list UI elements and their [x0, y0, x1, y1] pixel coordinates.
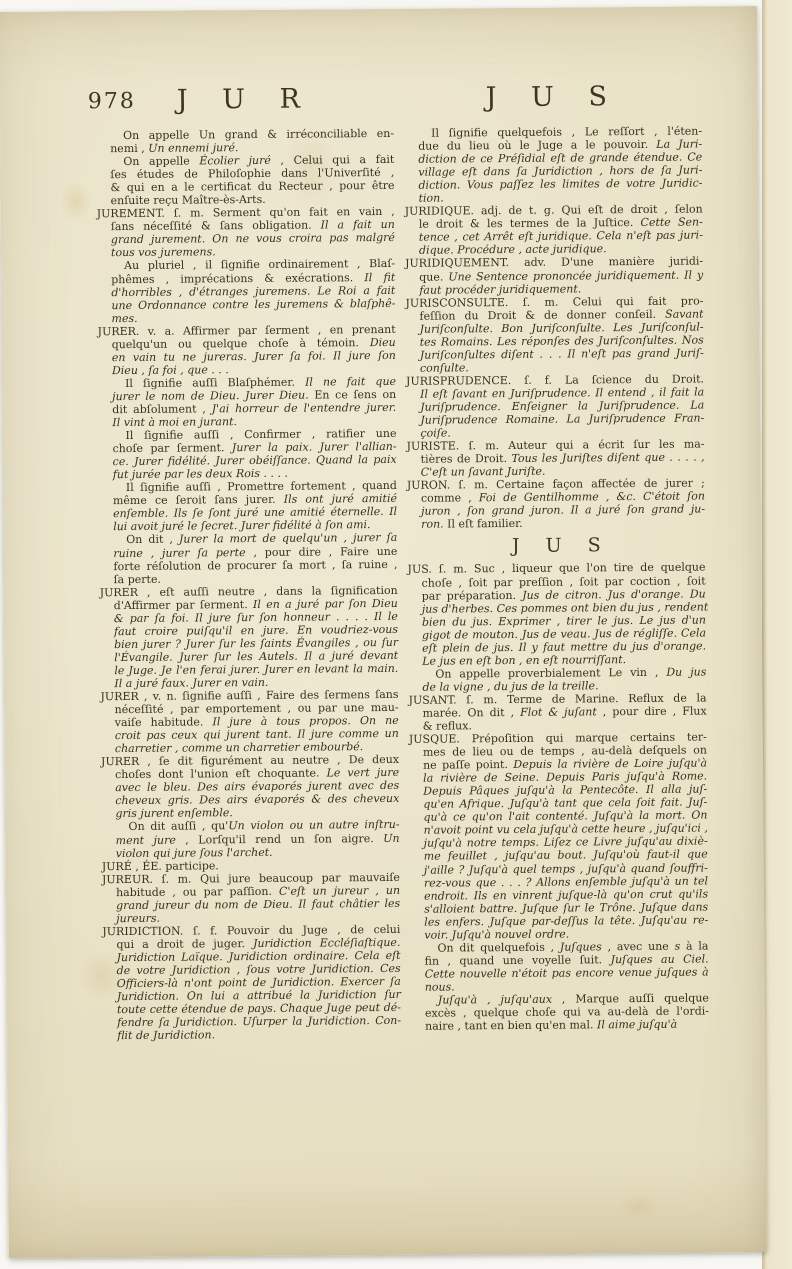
italic-text: violon qui jure ſous l'archet. — [116, 845, 273, 859]
italic-text: flit de Juridiction. — [117, 1029, 215, 1043]
roman-text: On appelle — [123, 155, 199, 169]
italic-text: Cette nouvelle n'étoit pas encore venue … — [425, 965, 709, 980]
paper-stain — [608, 1187, 668, 1227]
roman-text: JURÉ , ÉE. participe. — [102, 859, 219, 873]
dictionary-line: diction. Vous paſſez les limites de votr… — [404, 177, 702, 192]
text-columns: On appelle Un grand & irréconciliable en… — [96, 124, 709, 1042]
italic-text: grand jureur du nom de Dieu. Il faut châ… — [116, 897, 400, 912]
italic-text: jureurs. — [116, 912, 160, 925]
italic-text: Il en a juré par ſon Dieu — [253, 597, 398, 611]
italic-text: tence , cet Arrêt eſt juridique. Cela n'… — [419, 229, 703, 244]
dictionary-line: le Juge. Je l'en ferai jurer. Jurer en l… — [100, 662, 398, 677]
italic-text: Une Sentence prononcée juridiquement. Il… — [448, 268, 703, 283]
roman-text: & reflux. — [423, 719, 472, 732]
italic-text: çoiſe. — [420, 427, 450, 440]
italic-text: Savant — [665, 307, 703, 320]
roman-text: & qui en a le certificat du Recteur , po… — [110, 179, 394, 194]
running-head-jur: J U R — [177, 84, 313, 116]
roman-text: ſa perte. — [114, 572, 161, 585]
italic-text: Écolier juré — [199, 154, 271, 168]
roman-text: On dit quelquefois , — [437, 940, 560, 954]
section-heading-jus: J U S — [407, 529, 705, 563]
roman-text: que. — [419, 270, 448, 283]
roman-text: par préparation. — [422, 588, 523, 602]
italic-text: Juriſconſultes diſent . . . Il n'eſt pas… — [420, 346, 704, 361]
dictionary-line: & qui en a le certificat du Recteur , po… — [96, 179, 394, 194]
italic-text: Il vint à moi en jurant. — [112, 415, 237, 429]
dictionary-line: cheveux gris. Des airs évaporés & des ch… — [101, 792, 399, 807]
italic-text: Un — [383, 831, 399, 844]
italic-text: Il ne fait que — [305, 375, 396, 389]
roman-text: à la — [680, 939, 708, 952]
page-content: 978 J U R J U S On appelle Un grand & ir… — [96, 80, 709, 1042]
dictionary-line: naire , tant en bien qu'en mal. Il aime … — [411, 1018, 709, 1033]
italic-text: Flot & juſant — [520, 705, 597, 719]
italic-text: conſulte. — [420, 361, 469, 374]
roman-text: , Celui qui a fait — [271, 153, 395, 167]
italic-text: Un violon ou un autre inſtru- — [228, 818, 399, 832]
italic-text: nous. — [425, 980, 455, 993]
italic-text: eſt plein de jus. Il y faut mettre du ju… — [422, 639, 706, 654]
roman-text: On appelle proverbialement Le vin , — [435, 666, 666, 681]
dictionary-line: en vain tu ne jureras. Jurer ſa foi. Il … — [98, 349, 396, 364]
italic-text: La Juri- — [656, 138, 702, 151]
dictionary-line: fendre ſa Juridiction. Uſurper la Juridi… — [103, 1014, 401, 1029]
italic-text: voir. Juſqu'à nouvel ordre. — [424, 927, 569, 941]
dictionary-line: ment jure , Lorſqu'il rend un ſon aigre.… — [102, 831, 400, 846]
italic-text: le Juge. Je l'en ferai jurer. Jurer en l… — [114, 662, 398, 677]
italic-text: Dieu , ſa foi , que . . . — [112, 363, 229, 377]
roman-text: Il ſignifie auſſi Blaſphémer. — [125, 375, 305, 389]
italic-text: ce. Jurer fidélité. Jurer obéiſſance. Qu… — [113, 453, 397, 468]
italic-text: Juſques au Ciel. — [611, 952, 709, 966]
dictionary-line: forte réſolution de procurer ſa mort , ſ… — [99, 557, 397, 572]
roman-text: habitude , ou par paſſion. — [116, 885, 279, 899]
italic-text: Il fit — [364, 270, 395, 283]
dictionary-line: que. Une Sentence prononcée juridiquemen… — [405, 268, 703, 283]
dictionary-line: On appelle Un grand & irréconciliable en… — [96, 127, 394, 142]
italic-text: une Ordonnance contre les juremens & bla… — [111, 297, 395, 312]
roman-text: Il eſt familier. — [447, 517, 523, 531]
dictionary-line: les enfers. Juſque par-deſſus la tête. J… — [410, 913, 708, 928]
italic-text: grand jurement. On ne vous croira pas ma… — [111, 231, 395, 246]
italic-text: gris jurent enſemble. — [115, 807, 233, 821]
italic-text: Dieu — [370, 336, 396, 349]
italic-text: Il aime juſqu'à — [597, 1018, 677, 1032]
italic-text: diction. Vous paſſez les limites de votr… — [418, 177, 702, 192]
page-sheet: 978 J U R J U S On appelle Un grand & ir… — [0, 6, 767, 1258]
dictionary-line: une Ordonnance contre les juremens & bla… — [97, 297, 395, 312]
dictionary-line: tence , cet Arrêt eſt juridique. Cela n'… — [405, 229, 703, 244]
roman-text: , pour dire , Flux — [597, 704, 707, 718]
italic-text: ron. — [421, 518, 447, 531]
roman-text: choſe par ſerment. — [113, 441, 232, 455]
italic-text: Il a juré faux. Jurer en vain. — [114, 676, 268, 690]
italic-text: Tous les Juriſtes diſent que . . . . , — [511, 451, 704, 466]
running-head-right-cell: J U S — [404, 80, 702, 113]
running-head-left-cell: 978 J U R — [96, 83, 394, 116]
roman-text: qui a droit de juger. — [116, 937, 253, 951]
running-head-jus: J U S — [486, 81, 620, 113]
roman-text: ne paſſe point. — [423, 758, 513, 772]
roman-text: , Lorſqu'il rend un ſon aigre. — [185, 832, 383, 847]
italic-text: les enfers. Juſque par-deſſus la tête. J… — [424, 913, 708, 928]
roman-text: nemi , — [110, 142, 148, 155]
italic-text: J'ai horreur de l'entendre jurer. — [212, 401, 397, 415]
right-column: Il ſignifie quelquefois , Le reſſort , l… — [404, 124, 709, 1040]
dictionary-line: grand jurement. On ne vous croira pas ma… — [97, 231, 395, 246]
roman-text: , avec une — [602, 940, 675, 954]
dictionary-line: On appelle proverbialement Le vin , Du j… — [408, 665, 706, 680]
dictionary-line: marée. On dit , Flot & juſant , pour dir… — [409, 704, 707, 719]
italic-text: ment jure — [116, 833, 186, 847]
italic-text: tous vos juremens. — [111, 246, 216, 260]
roman-text: En ce ſens on — [314, 388, 396, 402]
italic-text: Juridiction Eccléſiaſtique. — [253, 936, 400, 950]
dictionary-line: flit de Juridiction. — [103, 1027, 401, 1042]
italic-text: mes. — [111, 312, 137, 325]
italic-text: cheveux gris. Des airs évaporés & des ch… — [115, 792, 399, 807]
roman-text: forte réſolution de procurer ſa mort , ſ… — [113, 557, 397, 572]
roman-text: dit abſolument , — [112, 402, 212, 416]
dictionary-line: juron , ſon grand juron. Il a juré ſon g… — [407, 503, 705, 518]
roman-text: vaiſe habitude. — [115, 715, 213, 729]
running-heads: 978 J U R J U S — [96, 80, 702, 116]
dictionary-line: eſt plein de jus. Il y faut mettre du ju… — [408, 639, 706, 654]
italic-text: Du jus — [666, 665, 706, 678]
roman-text: , pour dire , Faire une — [253, 544, 397, 558]
roman-text: d'Affirmer par ſerment. — [114, 598, 253, 612]
roman-text: naire , tant en bien qu'en mal. — [425, 1018, 597, 1032]
dictionary-line: Juriſprudence Romaine. La Juriſprudence … — [406, 412, 704, 427]
italic-text: en vain tu ne jureras. Jurer ſa foi. Il … — [112, 349, 396, 364]
italic-text: Il a fait un — [321, 218, 395, 232]
italic-text: Cette Sen- — [640, 216, 702, 229]
italic-text: C'eſt un jureur , un — [279, 884, 400, 898]
roman-text: On appelle Un grand & irréconciliable en… — [123, 127, 394, 142]
dictionary-line: Cette nouvelle n'étoit pas encore venue … — [411, 965, 709, 980]
roman-text: On dit auſſi , qu' — [128, 820, 228, 834]
dictionary-line: ce. Jurer fidélité. Jurer obéiſſance. Qu… — [99, 453, 397, 468]
italic-text: tion. — [419, 192, 444, 205]
dictionary-line: grand jureur du nom de Dieu. Il faut châ… — [102, 897, 400, 912]
roman-text: enſuite reçu Maître-ès-Arts. — [111, 193, 266, 207]
roman-text: marée. On dit , — [423, 706, 521, 720]
dictionary-line: dit abſolument , J'ai horreur de l'enten… — [98, 401, 396, 416]
italic-text: Le vert jure — [326, 766, 399, 780]
left-column: On appelle Un grand & irréconciliable en… — [96, 127, 401, 1043]
adjacent-page-edge — [762, 0, 792, 1269]
italic-text: juron , ſon grand juron. Il a juré ſon g… — [421, 503, 705, 518]
italic-text: de la vigne , du jus de la treille. — [422, 679, 598, 693]
italic-text: Un ennemi juré. — [148, 141, 238, 155]
roman-text: On dit , — [126, 533, 179, 546]
italic-text: ruine , jurer ſa perte — [113, 546, 253, 560]
roman-text: tières de Droit. — [421, 452, 512, 466]
roman-text: même ce ſeroit ſans jurer. — [113, 493, 284, 507]
italic-text: fendre ſa Juridiction. Uſurper la Juridi… — [117, 1014, 401, 1029]
italic-text: Juſqu'à , juſqu'aux — [438, 993, 552, 1007]
italic-text: faut procéder juridiquement. — [419, 282, 581, 296]
italic-text: Juriſprudence Romaine. La Juriſprudence … — [420, 412, 704, 427]
paper-stain — [52, 171, 98, 231]
roman-text: comme , — [421, 492, 479, 505]
italic-text: Ils ont juré amitié — [284, 492, 397, 506]
roman-text: , Marque auſſi quelque — [552, 991, 709, 1005]
dictionary-line: tières de Droit. Tous les Juriſtes diſen… — [407, 451, 705, 466]
italic-text: fut jurée par les deux Rois . . . . — [113, 467, 288, 481]
dictionary-line: Juriſconſultes diſent . . . Il n'eſt pas… — [406, 346, 704, 361]
italic-text: Juſques — [560, 940, 602, 953]
italic-text: Jurer la paix. Jurer l'allian- — [232, 440, 397, 454]
italic-text: C'eſt un ſavant Juriſte. — [421, 465, 546, 479]
page-number: 978 — [88, 89, 136, 114]
